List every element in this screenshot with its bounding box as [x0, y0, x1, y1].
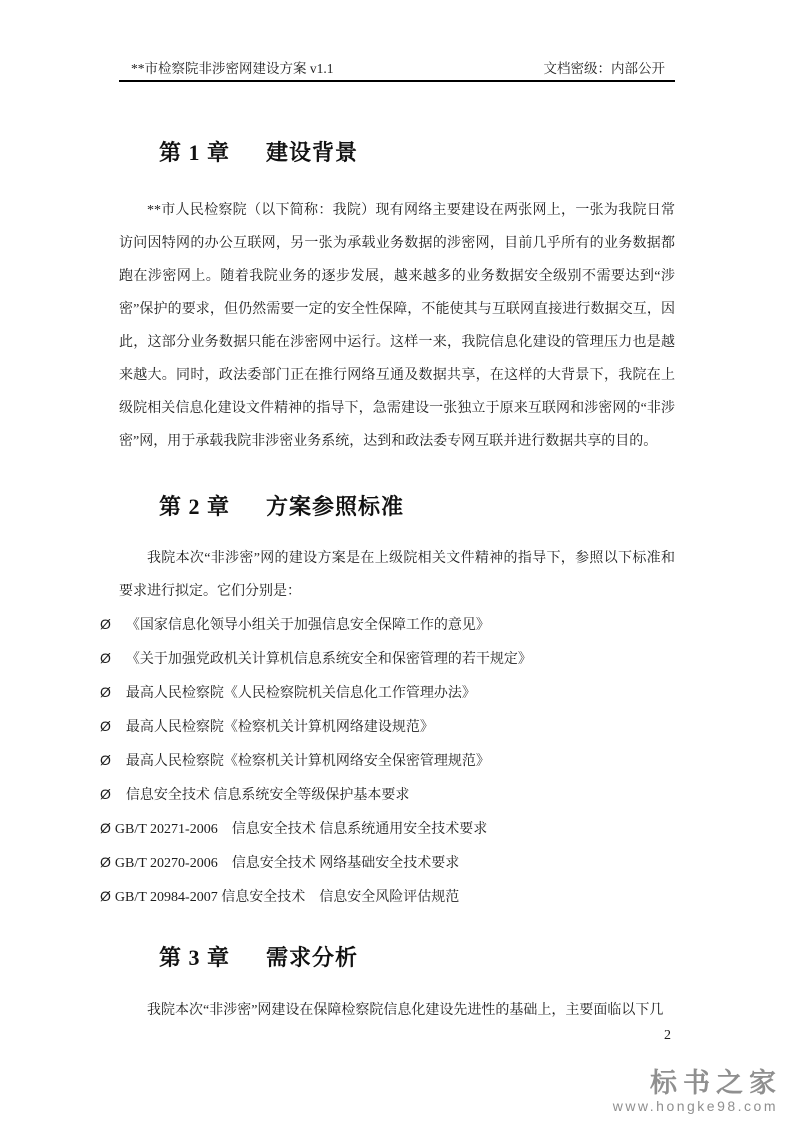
- list-bullet-marker: Ø: [100, 710, 111, 743]
- list-item-text: 《国家信息化领导小组关于加强信息安全保障工作的意见》: [126, 609, 490, 642]
- list-item: Ø 最高人民检察院《人民检察院机关信息化工作管理办法》: [100, 676, 675, 710]
- reference-standards-list: Ø 《国家信息化领导小组关于加强信息安全保障工作的意见》 Ø 《关于加强党政机关…: [100, 608, 675, 914]
- chapter-1-title: 建设背景: [266, 140, 358, 165]
- page-header: **市检察院非涉密网建设方案 v1.1 文档密级：内部公开: [119, 0, 675, 82]
- list-bullet-marker: Ø: [100, 642, 111, 675]
- list-item-text: GB/T 20984-2007 信息安全技术 信息安全风险评估规范: [115, 881, 459, 914]
- list-item: Ø 最高人民检察院《检察机关计算机网络安全保密管理规范》: [100, 744, 675, 778]
- list-item: Ø 《国家信息化领导小组关于加强信息安全保障工作的意见》: [100, 608, 675, 642]
- header-title: **市检察院非涉密网建设方案 v1.1: [131, 60, 334, 78]
- list-item: Ø GB/T 20270-2006 信息安全技术 网络基础安全技术要求: [100, 846, 675, 880]
- list-bullet-marker: Ø: [100, 744, 111, 777]
- list-item-text: 最高人民检察院《检察机关计算机网络建设规范》: [126, 711, 434, 744]
- chapter-2-paragraph: 我院本次“非涉密”网的建设方案是在上级院相关文件精神的指导下，参照以下标准和要求…: [119, 542, 675, 608]
- chapter-1-heading: 第 1 章建设背景: [119, 138, 675, 168]
- chapter-2-number: 第 2 章: [159, 494, 230, 519]
- list-item-text: 最高人民检察院《人民检察院机关信息化工作管理办法》: [126, 677, 476, 710]
- list-item-text: 信息安全技术 信息系统安全等级保护基本要求: [126, 779, 410, 812]
- chapter-1-paragraph: **市人民检察院（以下简称：我院）现有网络主要建设在两张网上，一张为我院日常访问…: [119, 194, 675, 458]
- list-item-text: 最高人民检察院《检察机关计算机网络安全保密管理规范》: [126, 745, 490, 778]
- watermark-url: www.hongke98.com: [613, 1098, 778, 1114]
- list-item: Ø GB/T 20984-2007 信息安全技术 信息安全风险评估规范: [100, 880, 675, 914]
- list-bullet-marker: Ø: [100, 880, 111, 913]
- watermark-brand: 标书之家: [613, 1069, 782, 1097]
- chapter-1-number: 第 1 章: [159, 140, 230, 165]
- list-bullet-marker: Ø: [100, 676, 111, 709]
- chapter-2-heading: 第 2 章方案参照标准: [119, 492, 675, 522]
- document-page: **市检察院非涉密网建设方案 v1.1 文档密级：内部公开 第 1 章建设背景 …: [0, 0, 793, 1122]
- list-item: Ø 最高人民检察院《检察机关计算机网络建设规范》: [100, 710, 675, 744]
- header-classification: 文档密级：内部公开: [544, 60, 666, 78]
- watermark: 标书之家 www.hongke98.com: [613, 1069, 778, 1114]
- list-item-text: 《关于加强党政机关计算机信息系统安全和保密管理的若干规定》: [126, 643, 532, 676]
- chapter-3-paragraph: 我院本次“非涉密”网建设在保障检察院信息化建设先进性的基础上，主要面临以下几: [119, 994, 675, 1027]
- list-item-text: GB/T 20271-2006 信息安全技术 信息系统通用安全技术要求: [115, 813, 487, 846]
- list-item: Ø 《关于加强党政机关计算机信息系统安全和保密管理的若干规定》: [100, 642, 675, 676]
- list-bullet-marker: Ø: [100, 846, 111, 879]
- chapter-3-number: 第 3 章: [159, 945, 230, 970]
- chapter-2-title: 方案参照标准: [266, 494, 404, 519]
- page-content: **市检察院非涉密网建设方案 v1.1 文档密级：内部公开 第 1 章建设背景 …: [119, 0, 675, 1045]
- list-item-text: GB/T 20270-2006 信息安全技术 网络基础安全技术要求: [115, 847, 459, 880]
- list-bullet-marker: Ø: [100, 778, 111, 811]
- chapter-3-title: 需求分析: [266, 945, 358, 970]
- list-item: Ø 信息安全技术 信息系统安全等级保护基本要求: [100, 778, 675, 812]
- list-bullet-marker: Ø: [100, 812, 111, 845]
- list-bullet-marker: Ø: [100, 608, 111, 641]
- list-item: Ø GB/T 20271-2006 信息安全技术 信息系统通用安全技术要求: [100, 812, 675, 846]
- chapter-3-heading: 第 3 章需求分析: [119, 943, 675, 973]
- page-number: 2: [119, 1027, 675, 1045]
